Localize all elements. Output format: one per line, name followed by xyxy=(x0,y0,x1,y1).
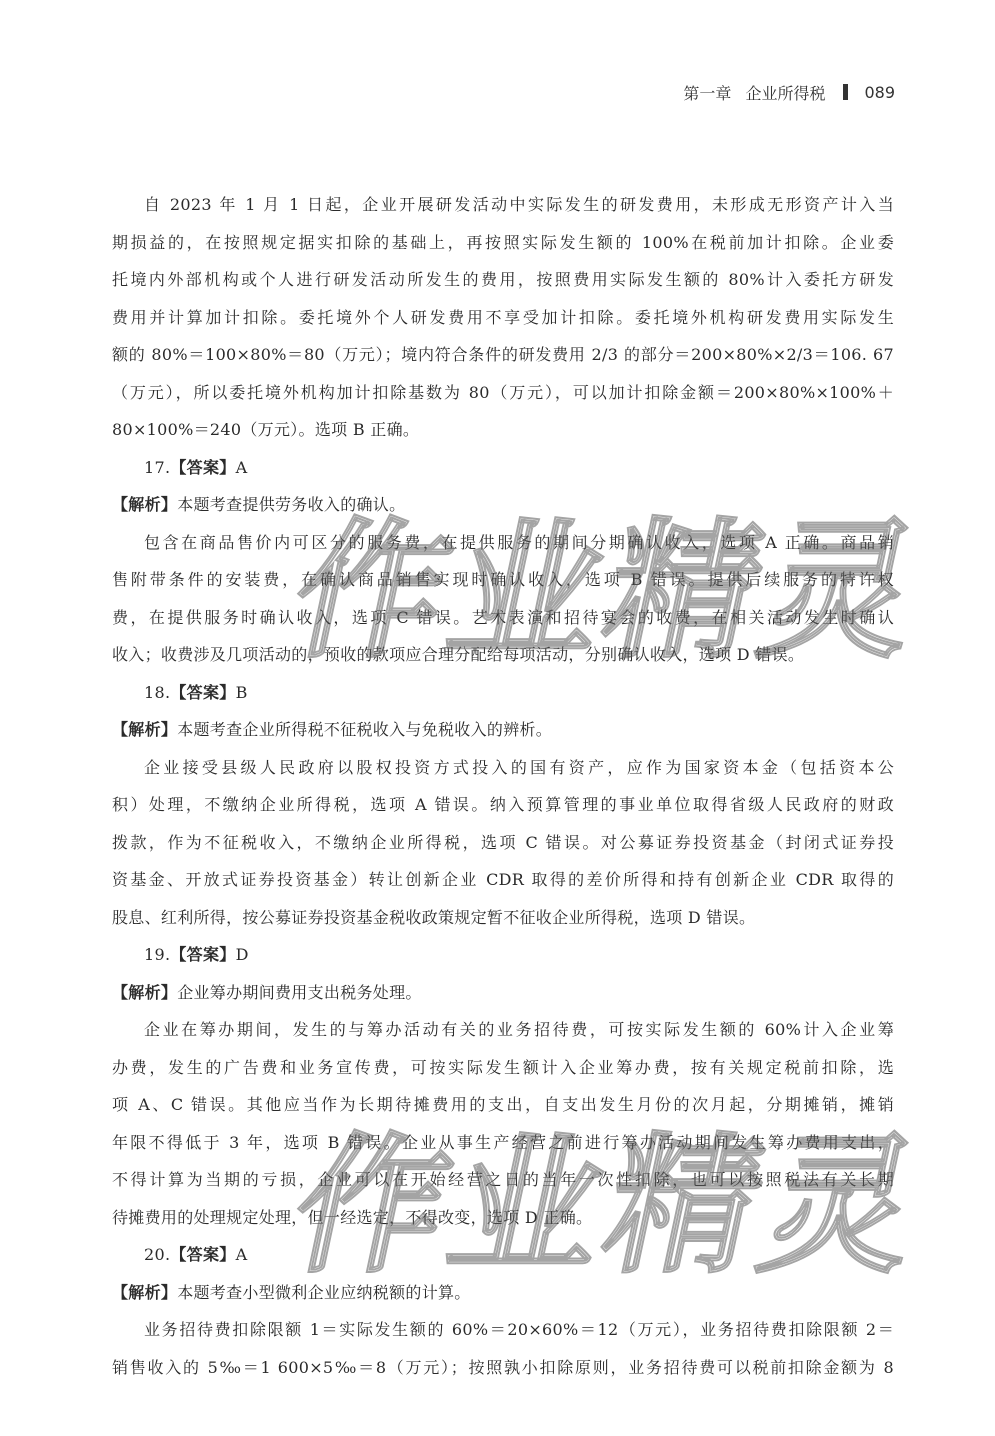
paragraph-line: 办费，发生的广告费和业务宣传费，可按实际发生额计入企业筹办费，按有关规定税前扣除… xyxy=(112,1049,894,1087)
analysis-label: 【解析】 xyxy=(112,720,177,739)
analysis-summary: 本题考查提供劳务收入的确认。 xyxy=(177,495,405,514)
page-body: 自 2023 年 1 月 1 日起，企业开展研发活动中实际发生的研发费用，未形成… xyxy=(112,186,894,1386)
paragraph-line: 积）处理，不缴纳企业所得税，选项 A 错误。纳入预算管理的事业单位取得省级人民政… xyxy=(112,786,894,824)
paragraph-line: 企业在筹办期间，发生的与筹办活动有关的业务招待费，可按实际发生额的 60%计入企… xyxy=(112,1011,894,1049)
analysis-line-19: 【解析】企业筹办期间费用支出税务处理。 xyxy=(112,974,894,1012)
paragraph-line: 项 A、C 错误。其他应当作为长期待摊费用的支出，自支出发生月份的次月起，分期摊… xyxy=(112,1086,894,1124)
paragraph-line: 80×100%＝240（万元）。选项 B 正确。 xyxy=(112,411,894,449)
answer-value: B xyxy=(236,683,248,702)
analysis-summary: 本题考查小型微利企业应纳税额的计算。 xyxy=(177,1283,470,1302)
paragraph-line: 企业接受县级人民政府以股权投资方式投入的国有资产，应作为国家资本金（包括资本公 xyxy=(112,749,894,787)
question-number: 18. xyxy=(144,683,170,702)
paragraph-line: 费，在提供服务时确认收入，选项 C 错误。艺术表演和招待宴会的收费，在相关活动发… xyxy=(112,599,894,637)
paragraph-line: 资基金、开放式证券投资基金）转让创新企业 CDR 取得的差价所得和持有创新企业 … xyxy=(112,861,894,899)
chapter-number: 第一章 xyxy=(683,81,731,104)
analysis-label: 【解析】 xyxy=(112,983,177,1002)
analysis-line-20: 【解析】本题考查小型微利企业应纳税额的计算。 xyxy=(112,1274,894,1312)
page-number: 089 xyxy=(864,83,895,102)
analysis-line-18: 【解析】本题考查企业所得税不征税收入与免税收入的辨析。 xyxy=(112,711,894,749)
running-header: 第一章 企业所得税 089 xyxy=(683,78,895,106)
analysis-summary: 本题考查企业所得税不征税收入与免税收入的辨析。 xyxy=(177,720,552,739)
analysis-line-17: 【解析】本题考查提供劳务收入的确认。 xyxy=(112,486,894,524)
answer-value: D xyxy=(236,945,249,964)
question-number: 17. xyxy=(144,458,170,477)
paragraph-line: 额的 80%＝100×80%＝80（万元）；境内符合条件的研发费用 2/3 的部… xyxy=(112,336,894,374)
paragraph-line: 待摊费用的处理规定处理，但一经选定，不得改变，选项 D 正确。 xyxy=(112,1199,894,1237)
answer-value: A xyxy=(236,458,248,477)
answer-label: 【答案】 xyxy=(170,945,235,964)
answer-line-20: 20.【答案】A xyxy=(112,1236,894,1274)
paragraph-line: 不得计算为当期的亏损，企业可以在开始经营之日的当年一次性扣除，也可以按照税法有关… xyxy=(112,1161,894,1199)
chapter-title: 企业所得税 xyxy=(745,81,825,104)
analysis-label: 【解析】 xyxy=(112,495,177,514)
paragraph-line: 年限不得低于 3 年，选项 B 错误。企业从事生产经营之前进行筹办活动期间发生筹… xyxy=(112,1124,894,1162)
paragraph-line: 售附带条件的安装费，在确认商品销售实现时确认收入，选项 B 错误。提供后续服务的… xyxy=(112,561,894,599)
answer-line-18: 18.【答案】B xyxy=(112,674,894,712)
answer-label: 【答案】 xyxy=(170,458,235,477)
paragraph-line: 包含在商品售价内可区分的服务费，在提供服务的期间分期确认收入，选项 A 正确。商… xyxy=(112,524,894,562)
answer-line-19: 19.【答案】D xyxy=(112,936,894,974)
paragraph-line: 销售收入的 5‰＝1 600×5‰＝8（万元）；按照孰小扣除原则，业务招待费可以… xyxy=(112,1349,894,1387)
analysis-summary: 企业筹办期间费用支出税务处理。 xyxy=(177,983,422,1002)
paragraph-line: 期损益的，在按照规定据实扣除的基础上，再按照实际发生额的 100%在税前加计扣除… xyxy=(112,224,894,262)
answer-label: 【答案】 xyxy=(170,1245,235,1264)
paragraph-line: 自 2023 年 1 月 1 日起，企业开展研发活动中实际发生的研发费用，未形成… xyxy=(112,186,894,224)
paragraph-line: 托境内外部机构或个人进行研发活动所发生的费用，按照费用实际发生额的 80%计入委… xyxy=(112,261,894,299)
paragraph-line: 费用并计算加计扣除。委托境外个人研发费用不享受加计扣除。委托境外机构研发费用实际… xyxy=(112,299,894,337)
paragraph-line: 拨款，作为不征税收入，不缴纳企业所得税，选项 C 错误。对公募证券投资基金（封闭… xyxy=(112,824,894,862)
paragraph-line: 收入；收费涉及几项活动的，预收的款项应合理分配给每项活动，分别确认收入，选项 D… xyxy=(112,636,894,674)
paragraph-line: 股息、红利所得，按公募证券投资基金税收政策规定暂不征收企业所得税，选项 D 错误… xyxy=(112,899,894,937)
paragraph-line: （万元），所以委托境外机构加计扣除基数为 80（万元），可以加计扣除金额＝200… xyxy=(112,374,894,412)
answer-line-17: 17.【答案】A xyxy=(112,449,894,487)
paragraph-line: 业务招待费扣除限额 1＝实际发生额的 60%＝20×60%＝12（万元），业务招… xyxy=(112,1311,894,1349)
question-number: 20. xyxy=(144,1245,170,1264)
analysis-label: 【解析】 xyxy=(112,1283,177,1302)
answer-label: 【答案】 xyxy=(170,683,235,702)
header-divider-bar xyxy=(843,84,848,100)
question-number: 19. xyxy=(144,945,170,964)
answer-value: A xyxy=(236,1245,248,1264)
